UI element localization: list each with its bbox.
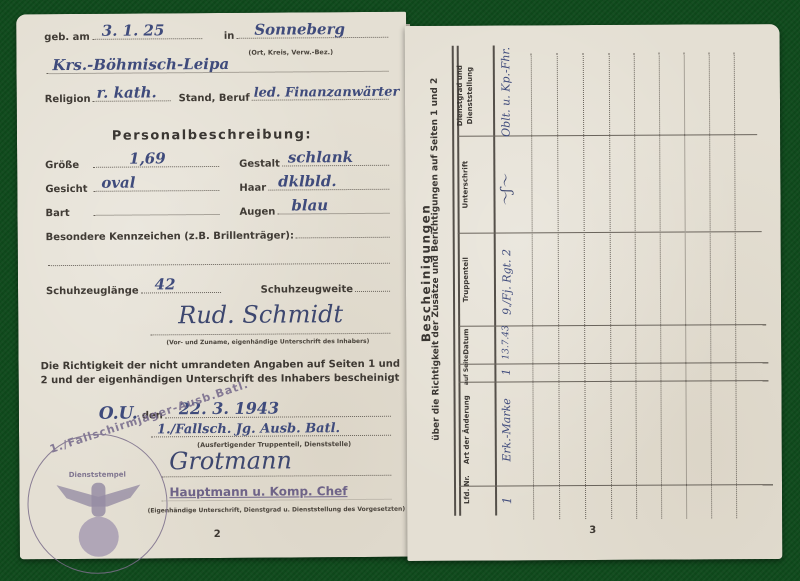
row1-lfd: 1 <box>500 480 514 520</box>
eyes-value: blau <box>291 196 328 214</box>
row-line <box>557 53 560 519</box>
eagle-emblem-body <box>91 483 105 517</box>
officer-signature-line <box>159 464 391 478</box>
page-number-left: 2 <box>214 529 221 540</box>
row1-dienstgrad: Oblt. u. Kp.-Fhr. <box>499 47 512 137</box>
occupation-label: Stand, Beruf <box>179 93 250 104</box>
holder-signature-dots <box>150 322 390 336</box>
col-header-unterschrift: Unterschrift <box>461 155 469 215</box>
face-label: Gesicht <box>45 184 91 195</box>
shoe-width-field <box>355 280 390 292</box>
eyes-field: blau <box>277 202 389 215</box>
marks-extra-row <box>46 252 390 266</box>
occupation-field: led. Finanzanwärter <box>252 88 389 101</box>
place-hint: (Ort, Kreis, Verw.-Bez.) <box>248 48 333 57</box>
row-line <box>609 53 612 519</box>
district-value: Krs.-Böhmisch-Leipa <box>52 55 229 74</box>
page-number-right: 3 <box>589 525 596 536</box>
row1-truppenteil: 9./Fj. Rgt. 2 <box>500 247 513 317</box>
shoe-row: Schuhzeuglänge 42 Schuhzeugweite <box>46 280 390 297</box>
district-row: Krs.-Böhmisch-Leipa <box>44 60 388 74</box>
birth-place-label: in <box>224 31 235 42</box>
height-value: 1,69 <box>129 149 166 167</box>
officer-signature-dots <box>161 464 391 478</box>
religion-row: Religion r. kath. Stand, Beruf led. Fina… <box>45 88 389 105</box>
stamp-inner-label: Dienststempel <box>28 470 166 479</box>
row1-seite: 1 <box>500 362 513 382</box>
row-line <box>531 53 534 519</box>
face-field: oval <box>93 179 219 192</box>
certification-text: Die Richtigkeit der nicht umrandeten Ang… <box>41 358 401 389</box>
row-line <box>634 53 637 519</box>
height-label: Größe <box>45 160 91 171</box>
shoe-length-field: 42 <box>141 281 221 294</box>
district-field: Krs.-Böhmisch-Leipa <box>46 60 388 74</box>
official-stamp: 1./Fallschirmjäger-Ausb.Batl. Dienststem… <box>27 433 168 574</box>
emblem-disc-icon <box>79 517 119 557</box>
height-field: 1,69 <box>93 155 219 168</box>
shoe-length-label: Schuhzeuglänge <box>46 286 139 298</box>
marks-extra-field <box>48 252 390 266</box>
row-line <box>709 52 712 518</box>
unit-row: 1./Fallsch. Jg. Ausb. Batl. <box>149 424 391 438</box>
birth-place-value: Sonneberg <box>254 20 345 39</box>
col-header-truppenteil: Truppenteil <box>462 250 470 310</box>
rank-line <box>159 488 391 502</box>
beard-label: Bart <box>45 208 91 219</box>
build-label: Gestalt <box>239 159 280 170</box>
height-build-row: Größe 1,69 Gestalt schlank <box>45 154 389 171</box>
row-line <box>583 53 586 519</box>
birth-date-value: 3. 1. 25 <box>102 21 165 39</box>
unit-field: 1./Fallsch. Jg. Ausb. Batl. <box>151 424 391 438</box>
beard-field <box>93 203 219 216</box>
religion-field: r. kath. <box>93 89 171 102</box>
row-line <box>734 52 737 518</box>
col-header-art: Art der Änderung <box>463 390 471 470</box>
hair-field: dklbld. <box>268 178 389 191</box>
hair-value: dklbld. <box>278 172 337 190</box>
face-hair-row: Gesicht oval Haar dklbld. <box>45 178 389 195</box>
rank-dots <box>161 488 391 502</box>
row-line <box>659 53 662 519</box>
marks-label: Besondere Kennzeichen (z.B. Brillenträge… <box>46 230 294 243</box>
beard-eyes-row: Bart Augen blau <box>45 202 389 219</box>
right-page-subtitle: über die Richtigkeit der Zusätze und Ber… <box>430 101 442 441</box>
section-title: Personalbeschreibung: <box>17 127 407 145</box>
birth-place-field: Sonneberg <box>236 26 388 39</box>
holder-signature-line <box>148 322 390 336</box>
row-line <box>684 53 687 519</box>
shoe-width-label: Schuhzeugweite <box>261 284 353 296</box>
eyes-label: Augen <box>239 207 275 218</box>
col-header-datum: Datum <box>462 322 470 362</box>
officer-caption: (Eigenhändige Unterschrift, Dienstgrad u… <box>148 506 406 515</box>
left-page: geb. am 3. 1. 25 in Sonneberg (Ort, Krei… <box>16 12 410 560</box>
unit-value: 1./Fallsch. Jg. Ausb. Batl. <box>157 421 340 437</box>
table-header-divider <box>493 46 497 516</box>
hair-label: Haar <box>239 183 266 194</box>
occupation-value: led. Finanzanwärter <box>254 85 400 101</box>
build-value: schlank <box>288 148 353 166</box>
religion-label: Religion <box>45 94 91 105</box>
holder-signature-caption: (Vor- und Zuname, eigenhändige Unterschr… <box>166 338 369 346</box>
row1-unterschrift: 〜ʃ〜 <box>495 150 515 230</box>
marks-row: Besondere Kennzeichen (z.B. Brillenträge… <box>46 226 390 243</box>
religion-value: r. kath. <box>97 83 157 101</box>
birth-date-field: 3. 1. 25 <box>92 27 202 40</box>
right-page: Bescheinigungen über die Richtigkeit der… <box>405 24 783 561</box>
marks-field <box>296 226 390 239</box>
row1-datum: 13.7.43 <box>501 322 511 362</box>
face-value: oval <box>101 174 135 192</box>
birth-date-row: geb. am 3. 1. 25 in Sonneberg <box>44 26 388 43</box>
shoe-length-value: 42 <box>155 275 176 293</box>
row1-art: Erk.-Marke <box>500 390 513 470</box>
build-field: schlank <box>282 154 389 167</box>
birth-date-label: geb. am <box>44 32 90 43</box>
col-header-dienstgrad: Dienstgrad und Dienststellung <box>455 41 476 151</box>
